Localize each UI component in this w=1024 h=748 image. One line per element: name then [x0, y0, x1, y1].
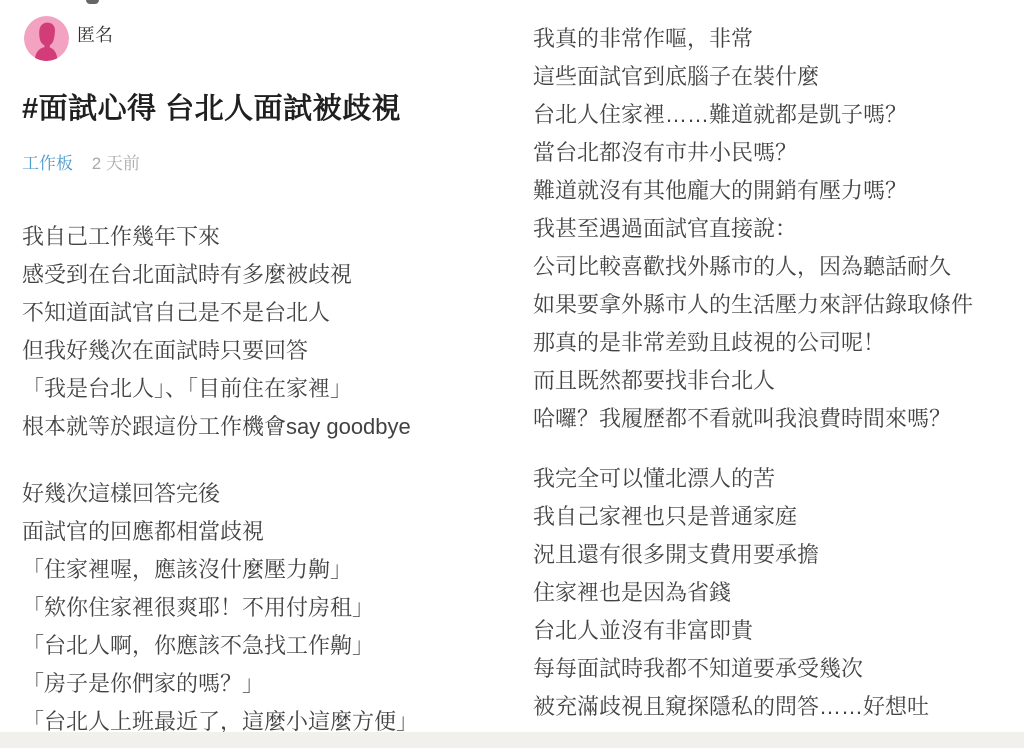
- crop-artifact: [86, 0, 99, 4]
- post-line: 「住家裡喔，應該沒什麼壓力齁」: [22, 551, 418, 589]
- board-link[interactable]: 工作板: [22, 154, 73, 173]
- post-line: 面試官的回應都相當歧視: [22, 513, 418, 551]
- post-paragraph: 好幾次這樣回答完後 面試官的回應都相當歧視 「住家裡喔，應該沒什麼壓力齁」 「欸…: [22, 475, 418, 741]
- post-title: #面試心得 台北人面試被歧視: [22, 88, 401, 130]
- person-silhouette-icon: [24, 16, 69, 61]
- post-line: 公司比較喜歡找外縣市的人，因為聽話耐久: [533, 248, 973, 286]
- post-line: 「台北人啊，你應該不急找工作齁」: [22, 627, 418, 665]
- post-line: 根本就等於跟這份工作機會say goodbye: [22, 408, 411, 446]
- post-line: 住家裡也是因為省錢: [533, 574, 929, 612]
- post-timestamp: 2 天前: [92, 154, 140, 173]
- post-line: 不知道面試官自己是不是台北人: [22, 294, 411, 332]
- post-line: 當台北都沒有市井小民嗎？: [533, 134, 973, 172]
- anonymous-avatar[interactable]: [24, 16, 69, 61]
- post-line: 這些面試官到底腦子在裝什麼: [533, 58, 973, 96]
- post-line: 台北人並沒有非富即貴: [533, 612, 929, 650]
- post-line: 台北人住家裡……難道就都是凱子嗎？: [533, 96, 973, 134]
- post-meta: 工作板 2 天前: [22, 154, 140, 174]
- post-line: 被充滿歧視且窺探隱私的問答……好想吐: [533, 688, 929, 726]
- post-line: 而且既然都要找非台北人: [533, 362, 973, 400]
- post-line: 感受到在台北面試時有多麼被歧視: [22, 256, 411, 294]
- post-line: 「我是台北人」、「目前住在家裡」: [22, 370, 411, 408]
- post-line: 我甚至遇過面試官直接說：: [533, 210, 973, 248]
- author-name: 匿名: [77, 26, 113, 44]
- post-line: 我完全可以懂北漂人的苦: [533, 460, 929, 498]
- post-paragraph: 我完全可以懂北漂人的苦 我自己家裡也只是普通家庭 況且還有很多開支費用要承擔 住…: [533, 460, 929, 726]
- post-line: 難道就沒有其他龐大的開銷有壓力嗎？: [533, 172, 973, 210]
- post-line: 況且還有很多開支費用要承擔: [533, 536, 929, 574]
- post-line: 好幾次這樣回答完後: [22, 475, 418, 513]
- post-line: 我自己工作幾年下來: [22, 218, 411, 256]
- post-paragraph: 我真的非常作嘔，非常 這些面試官到底腦子在裝什麼 台北人住家裡……難道就都是凱子…: [533, 20, 973, 438]
- post-line: 那真的是非常差勁且歧視的公司呢！: [533, 324, 973, 362]
- bottom-band: [0, 732, 1024, 748]
- post-line: 但我好幾次在面試時只要回答: [22, 332, 411, 370]
- post-line: 「欸你住家裡很爽耶！不用付房租」: [22, 589, 418, 627]
- post-line: 我自己家裡也只是普通家庭: [533, 498, 929, 536]
- post-paragraph: 我自己工作幾年下來 感受到在台北面試時有多麼被歧視 不知道面試官自己是不是台北人…: [22, 218, 411, 446]
- post-line: 我真的非常作嘔，非常: [533, 20, 973, 58]
- post-line: 每每面試時我都不知道要承受幾次: [533, 650, 929, 688]
- post-line: 如果要拿外縣市人的生活壓力來評估錄取條件: [533, 286, 973, 324]
- post-line: 「房子是你們家的嗎？」: [22, 665, 418, 703]
- post-line: 哈囉？我履歷都不看就叫我浪費時間來嗎？: [533, 400, 973, 438]
